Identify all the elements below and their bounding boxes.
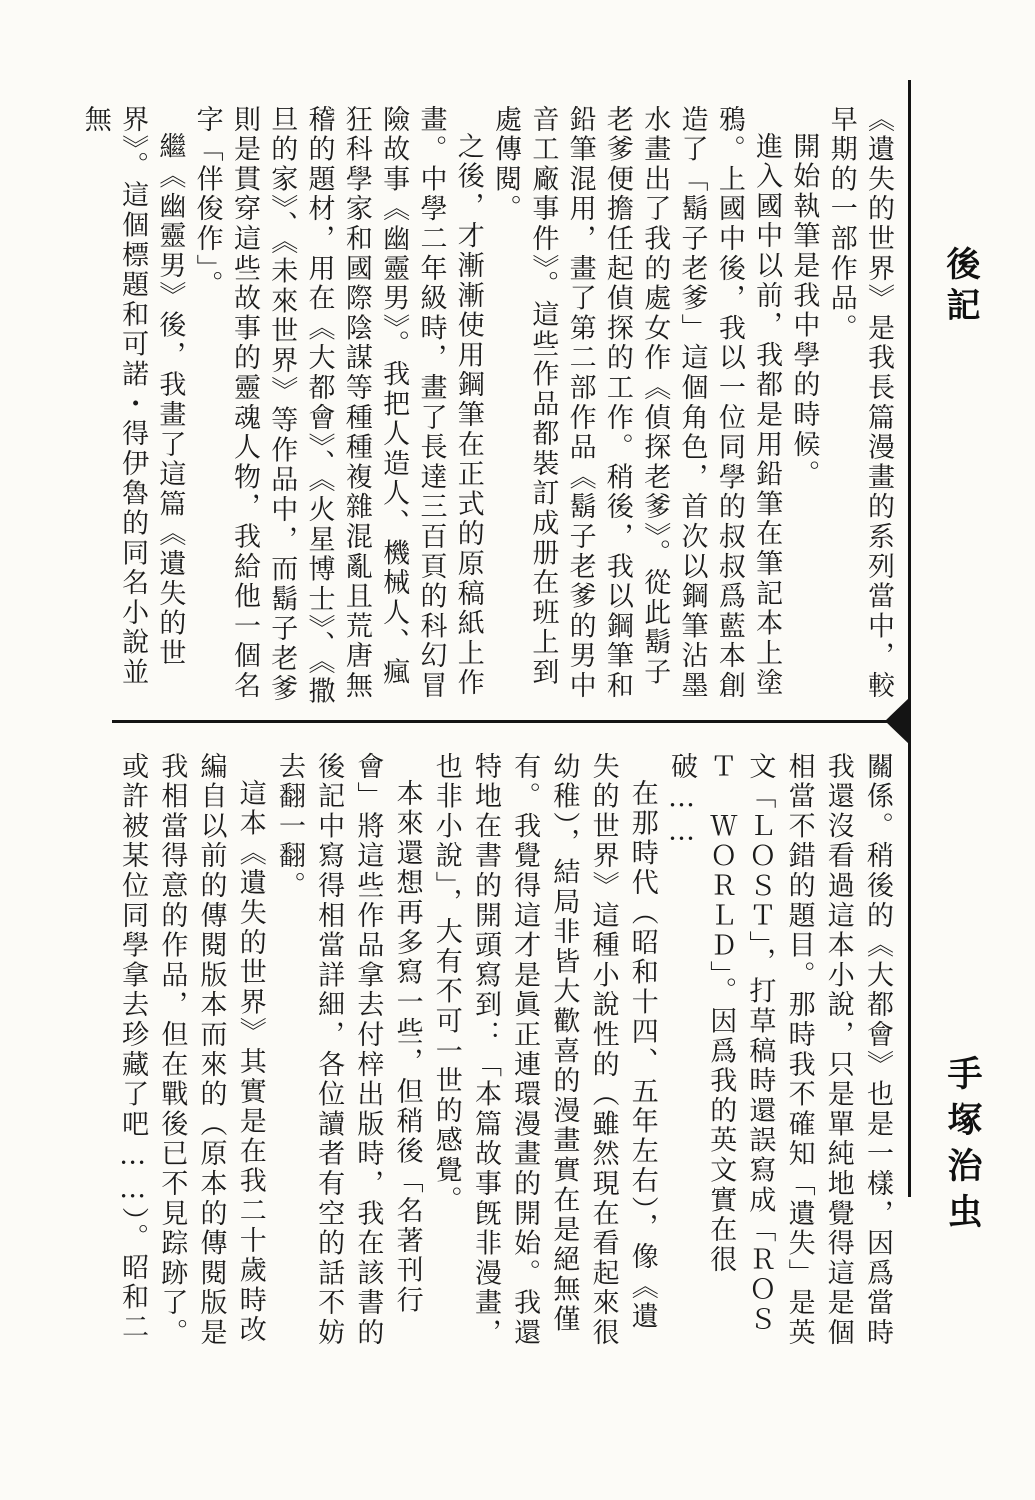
section-divider [112,720,894,723]
afterword-title: 後記 [936,246,985,328]
paragraph: 在那時代（昭和十四、五年左右），像《遺失的世界》這種小說性的（雖然現在看起來很幼… [427,752,662,1355]
paragraph: 開始執筆是我中學的時候。 [785,105,822,708]
paragraph: 這本《遺失的世界》其實是在我二十歲時改編自以前的傳閱版本而來的（原本的傳閱版是我… [113,752,270,1355]
paragraph: 本來還想再多寫一些，但稍後「名著刊行會」將這些作品拿去付梓出版時，我在該書的後記… [270,752,427,1355]
paragraph: 關係。稍後的《大都會》也是一樣，因爲當時我還沒看過這本小說，只是單純地覺得這是個… [662,752,897,1355]
margin-rule [908,80,911,1197]
paragraph: 繼《幽靈男》後，我畫了這篇《遺失的世界》。這個標題和可諾・得伊魯的同名小說並無 [76,105,188,708]
paragraph: 《遺失的世界》是我長篇漫畫的系列當中，較早期的一部作品。 [822,105,897,708]
paragraph: 進入國中以前，我都是用鉛筆在筆記本上塗鴉。上國中後，我以一位同學的叔叔爲藍本創造… [487,105,785,708]
afterword-text-upper: 《遺失的世界》是我長篇漫畫的系列當中，較早期的一部作品。 開始執筆是我中學的時候… [76,105,897,708]
author-name: 手塚治虫 [937,1055,987,1239]
paragraph: 之後，才漸漸使用鋼筆在正式的原稿紙上作畫。中學二年級時，畫了長達三百頁的科幻冒險… [188,105,486,708]
afterword-text-lower: 關係。稍後的《大都會》也是一樣，因爲當時我還沒看過這本小說，只是單純地覺得這是個… [113,752,897,1355]
book-page: 後記 手塚治虫 《遺失的世界》是我長篇漫畫的系列當中，較早期的一部作品。 開始執… [0,0,1035,1500]
